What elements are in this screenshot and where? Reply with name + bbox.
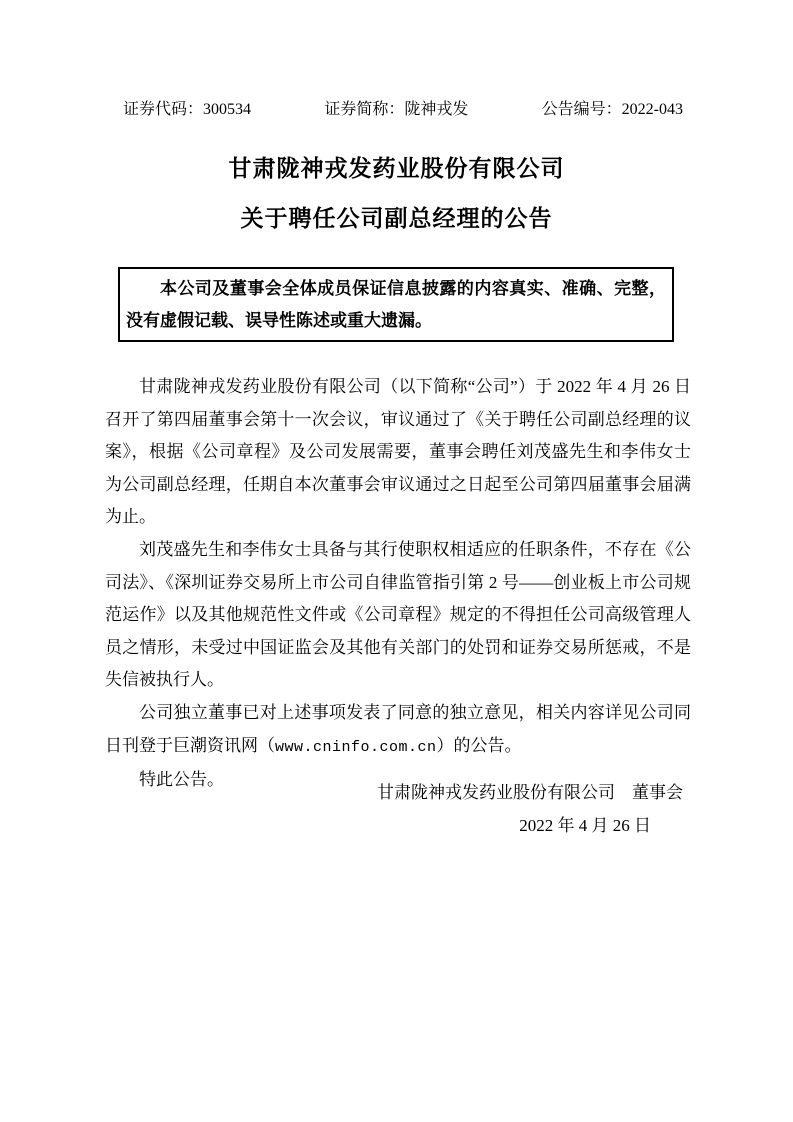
announcement-title: 关于聘任公司副总经理的公告 (0, 200, 793, 233)
stock-abbr: 证券简称：陇神戎发 (324, 96, 468, 119)
cninfo-url: www.cninfo.com.cn (275, 739, 437, 756)
paragraph-text: ）的公告。 (437, 736, 522, 755)
announcement-number: 公告编号：2022-043 (542, 96, 683, 119)
signature-date: 2022 年 4 月 26 日 (105, 814, 691, 838)
signature-block: 甘肃陇神戎发药业股份有限公司 董事会 2022 年 4 月 26 日 (105, 781, 691, 838)
signature-company: 甘肃陇神戎发药业股份有限公司 董事会 (105, 781, 691, 805)
company-name-title: 甘肃陇神戎发药业股份有限公司 (0, 150, 793, 183)
body-paragraph: 刘茂盛先生和李伟女士具备与其行使职权相适应的任职条件，不存在《公司法》、《深圳证… (105, 534, 691, 697)
body-paragraph: 甘肃陇神戎发药业股份有限公司（以下简称“公司”）于 2022 年 4 月 26 … (105, 371, 691, 534)
document-header-row: 证券代码：300534 证券简称：陇神戎发 公告编号：2022-043 (123, 96, 683, 119)
document-body: 甘肃陇神戎发药业股份有限公司（以下简称“公司”）于 2022 年 4 月 26 … (105, 371, 691, 797)
disclaimer-box: 本公司及董事会全体成员保证信息披露的内容真实、准确、完整，没有虚假记载、误导性陈… (118, 267, 674, 342)
body-paragraph: 公司独立董事已对上述事项发表了同意的独立意见，相关内容详见公司同日刊登于巨潮资讯… (105, 697, 691, 764)
disclaimer-text: 本公司及董事会全体成员保证信息披露的内容真实、准确、完整，没有虚假记载、误导性陈… (126, 273, 666, 337)
stock-code: 证券代码：300534 (123, 96, 251, 119)
announcement-document: 证券代码：300534 证券简称：陇神戎发 公告编号：2022-043 甘肃陇神… (0, 0, 793, 1122)
